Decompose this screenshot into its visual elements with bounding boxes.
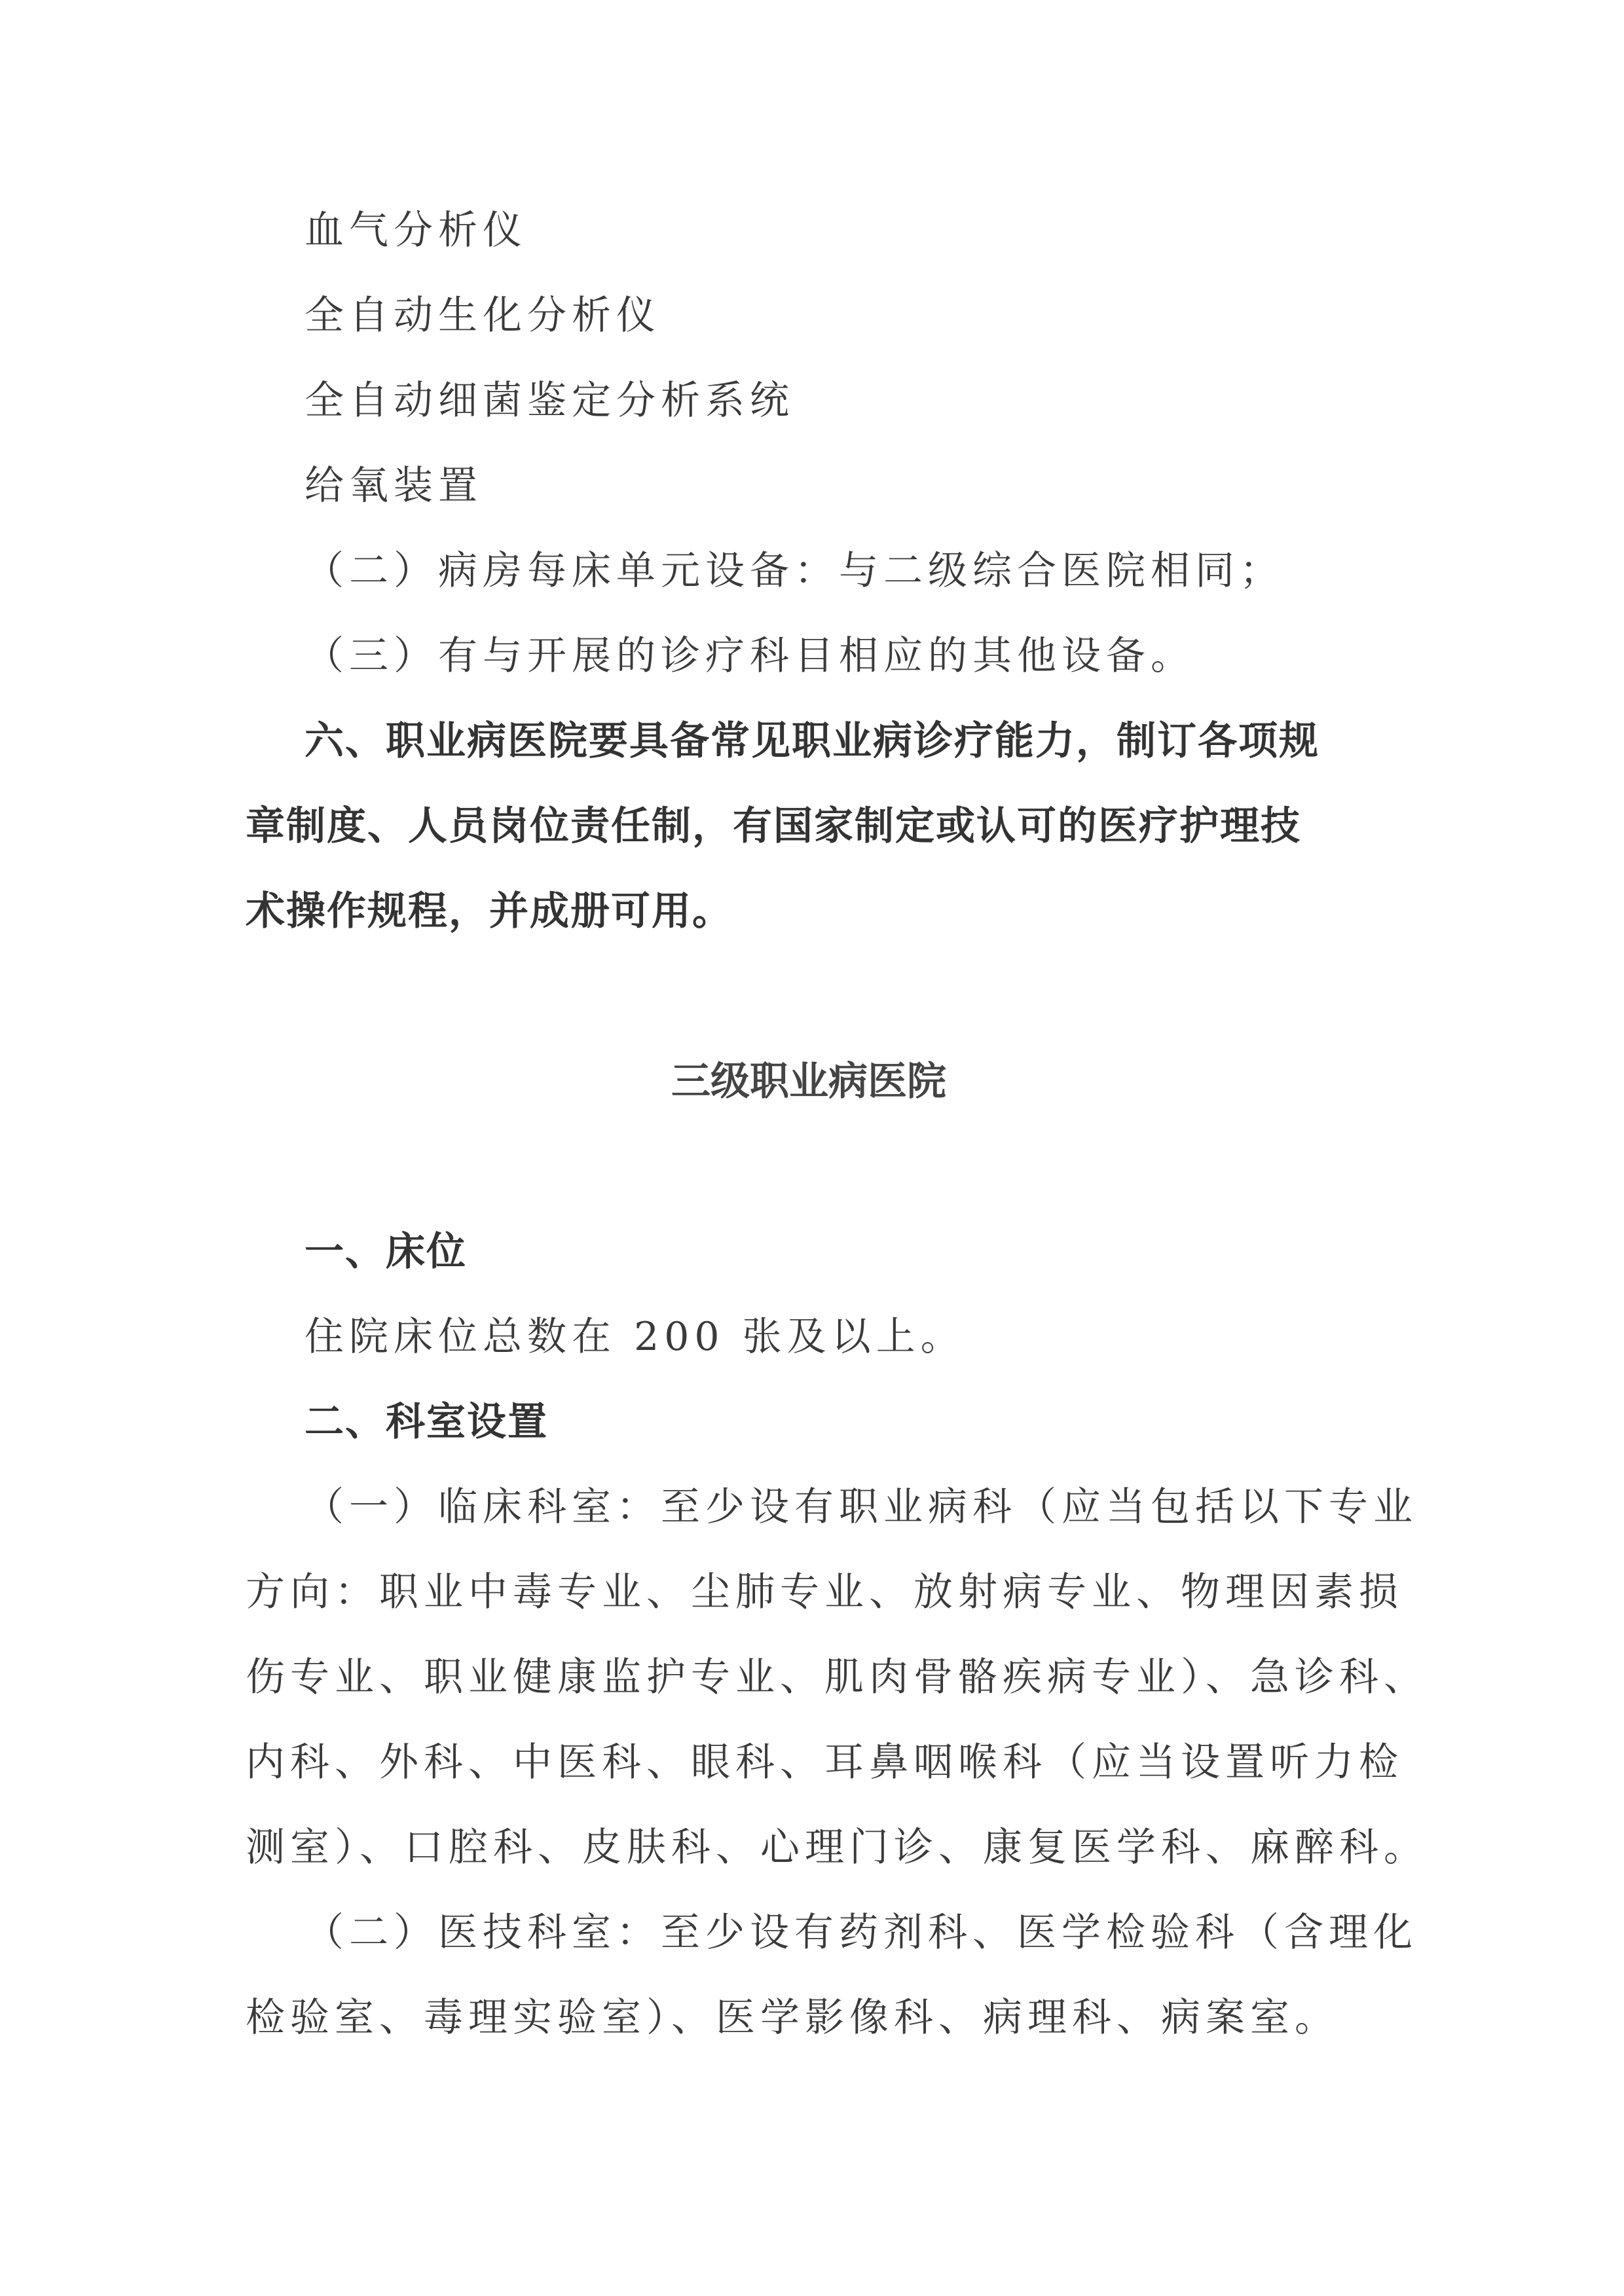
section-six-line: 六、职业病医院要具备常见职业病诊疗能力，制订各项规 [304, 715, 1319, 767]
clinical-departments-line: 伤专业、职业健康监护专业、肌肉骨骼疾病专业）、急诊科、 [246, 1651, 1428, 1704]
clinical-departments-line: 内科、外科、中医科、眼科、耳鼻咽喉科（应当设置听力检 [246, 1736, 1403, 1789]
medtech-departments-line: 检验室、毒理实验室）、医学影像科、病理科、病案室。 [246, 1992, 1339, 2044]
clinical-departments-line: 方向：职业中毒专业、尘肺专业、放射病专业、物理因素损 [246, 1566, 1403, 1618]
beds-heading: 一、床位 [304, 1226, 467, 1278]
beds-text: 住院床位总数在 200 张及以上。 [304, 1311, 965, 1363]
equipment-item: 全自动细菌鉴定分析系统 [304, 374, 794, 427]
clinical-departments-line: （一）临床科室：至少设有职业病科（应当包括以下专业 [304, 1481, 1418, 1533]
section-six-line: 术操作规程，并成册可用。 [246, 885, 733, 938]
ward-equipment-paragraph: （二）病房每床单元设备：与二级综合医院相同； [304, 545, 1284, 597]
level3-hospital-title: 三级职业病医院 [246, 1055, 1372, 1108]
equipment-item: 血气分析仪 [304, 204, 527, 257]
clinical-departments-line: 测室）、口腔科、皮肤科、心理门诊、康复医学科、麻醉科。 [246, 1821, 1428, 1874]
other-equipment-paragraph: （三）有与开展的诊疗科目相应的其他设备。 [304, 630, 1195, 682]
departments-heading: 二、科室设置 [304, 1396, 548, 1448]
equipment-item: 给氧装置 [304, 460, 483, 512]
section-six-line: 章制度、人员岗位责任制，有国家制定或认可的医疗护理技 [246, 800, 1301, 852]
equipment-item: 全自动生化分析仪 [304, 289, 661, 342]
medtech-departments-line: （二）医技科室：至少设有药剂科、医学检验科（含理化 [304, 1906, 1418, 1959]
